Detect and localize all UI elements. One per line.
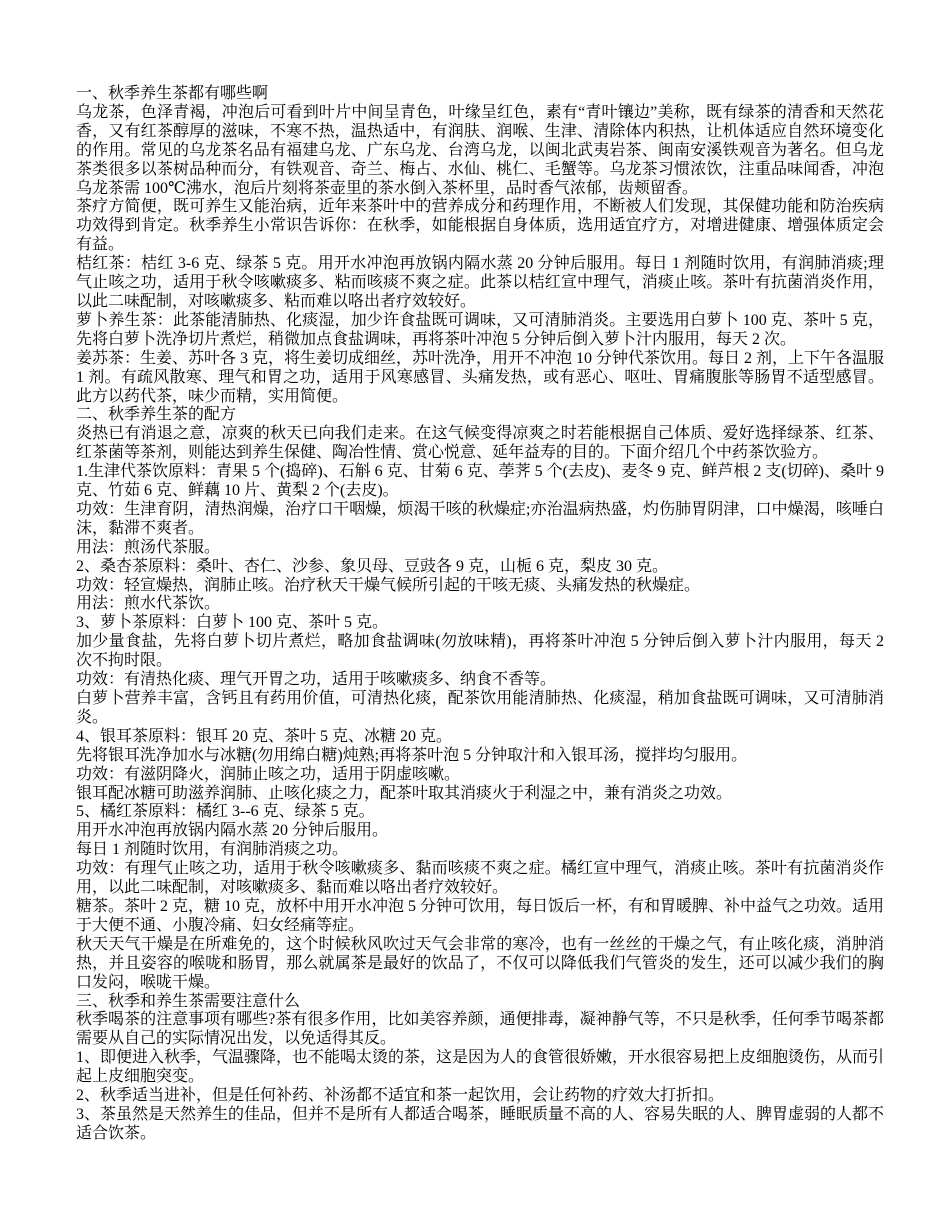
paragraph-recipe5-effect: 功效：有理气止咳之功，适用于秋令咳嗽痰多、黏而咳痰不爽之症。橘红宣中理气，消痰止… — [76, 860, 884, 898]
paragraph-autumn-dryness: 秋天天气干燥是在所难免的，这个时候秋风吹过天气会非常的寒冷，也有一丝丝的干燥之气… — [76, 936, 884, 993]
section-heading-1: 一、秋季养生茶都有哪些啊 — [76, 85, 884, 104]
paragraph-recipe3-method: 加少量食盐，先将白萝卜切片煮烂，略加食盐调味(勿放味精)，再将茶叶冲泡 5 分钟… — [76, 633, 884, 671]
paragraph-precaution-2: 2、秋季适当进补，但是任何补药、补汤都不适宜和茶一起饮用，会让药物的疗效大打折扣… — [76, 1087, 884, 1106]
paragraph-recipe5-ingredients: 5、橘红茶原料：橘红 3--6 克、绿茶 5 克。 — [76, 803, 884, 822]
paragraph-oolong-tea: 乌龙茶，色泽青褐，冲泡后可看到叶片中间呈青色，叶缘呈红色，素有“青叶镶边”美称，… — [76, 104, 884, 199]
paragraph-precaution-3: 3、茶虽然是天然养生的佳品，但并不是所有人都适合喝茶，睡眠质量不高的人、容易失眠… — [76, 1106, 884, 1144]
paragraph-sugar-tea: 糖茶。茶叶 2 克，糖 10 克，放杯中用开水冲泡 5 分钟可饮用，每日饭后一杯… — [76, 898, 884, 936]
paragraph-tea-therapy: 茶疗方简便，既可养生又能治病，近年来茶叶中的营养成分和药理作用，不断被人们发现，… — [76, 198, 884, 255]
paragraph-recipe2-usage: 用法：煎水代茶饮。 — [76, 595, 884, 614]
paragraph-recipe2-effect: 功效：轻宣燥热，润肺止咳。治疗秋天干燥气候所引起的干咳无痰、头痛发热的秋燥症。 — [76, 577, 884, 596]
paragraph-radish-health-tea: 萝卜养生茶：此茶能清肺热、化痰湿，加少许食盐既可调味，又可清肺消炎。主要选用白萝… — [76, 312, 884, 350]
paragraph-precautions-intro: 秋季喝茶的注意事项有哪些?茶有很多作用，比如美容养颜，通便排毒，凝神静气等，不只… — [76, 1011, 884, 1049]
paragraph-recipe3-note: 白萝卜营养丰富，含钙且有药用价值，可清热化痰，配茶饮用能清肺热、化痰湿，稍加食盐… — [76, 690, 884, 728]
paragraph-autumn-intro: 炎热已有消退之意，凉爽的秋天已向我们走来。在这气候变得凉爽之时若能根据自己体质、… — [76, 425, 884, 463]
paragraph-recipe4-note: 银耳配冰糖可助滋养润肺、止咳化痰之力，配茶叶取其消痰火于利湿之中，兼有消炎之功效… — [76, 785, 884, 804]
paragraph-recipe1-effect: 功效：生津育阴，清热润燥，治疗口干咽燥，烦渴干咳的秋燥症;亦治温病热盛，灼伤肺胃… — [76, 501, 884, 539]
paragraph-recipe3-ingredients: 3、萝卜茶原料：白萝卜 100 克、茶叶 5 克。 — [76, 614, 884, 633]
paragraph-recipe1-ingredients: 1.生津代茶饮原料：青果 5 个(捣碎)、石斛 6 克、甘菊 6 克、荸荠 5 … — [76, 463, 884, 501]
paragraph-recipe3-effect: 功效：有清热化痰、理气开胃之功，适用于咳嗽痰多、纳食不香等。 — [76, 671, 884, 690]
paragraph-juhong-tea: 桔红茶：桔红 3-6 克、绿茶 5 克。用开水冲泡再放锅内隔水蒸 20 分钟后服… — [76, 255, 884, 312]
paragraph-precaution-1: 1、即便进入秋季，气温骤降，也不能喝太烫的茶，这是因为人的食管很娇嫩，开水很容易… — [76, 1049, 884, 1087]
paragraph-recipe5-method: 用开水冲泡再放锅内隔水蒸 20 分钟后服用。 — [76, 822, 884, 841]
section-heading-3: 三、秋季和养生茶需要注意什么 — [76, 993, 884, 1012]
paragraph-ginger-perilla-tea: 姜苏茶：生姜、苏叶各 3 克，将生姜切成细丝，苏叶洗净，用开不冲泡 10 分钟代… — [76, 350, 884, 407]
paragraph-recipe1-usage: 用法：煎汤代茶服。 — [76, 539, 884, 558]
paragraph-recipe4-method: 先将银耳洗净加水与冰糖(勿用绵白糖)炖熟;再将茶叶泡 5 分钟取汁和入银耳汤，搅… — [76, 747, 884, 766]
paragraph-recipe4-effect: 功效：有滋阴降火，润肺止咳之功，适用于阴虚咳嗽。 — [76, 766, 884, 785]
paragraph-recipe2-ingredients: 2、桑杏茶原料：桑叶、杏仁、沙参、象贝母、豆豉各 9 克，山栀 6 克，梨皮 3… — [76, 558, 884, 577]
document-page: 一、秋季养生茶都有哪些啊 乌龙茶，色泽青褐，冲泡后可看到叶片中间呈青色，叶缘呈红… — [0, 0, 950, 1230]
section-heading-2: 二、秋季养生茶的配方 — [76, 406, 884, 425]
paragraph-recipe5-dosage: 每日 1 剂随时饮用，有润肺消痰之功。 — [76, 841, 884, 860]
document-body: 一、秋季养生茶都有哪些啊 乌龙茶，色泽青褐，冲泡后可看到叶片中间呈青色，叶缘呈红… — [76, 85, 884, 1144]
paragraph-recipe4-ingredients: 4、银耳茶原料：银耳 20 克、茶叶 5 克、冰糖 20 克。 — [76, 728, 884, 747]
